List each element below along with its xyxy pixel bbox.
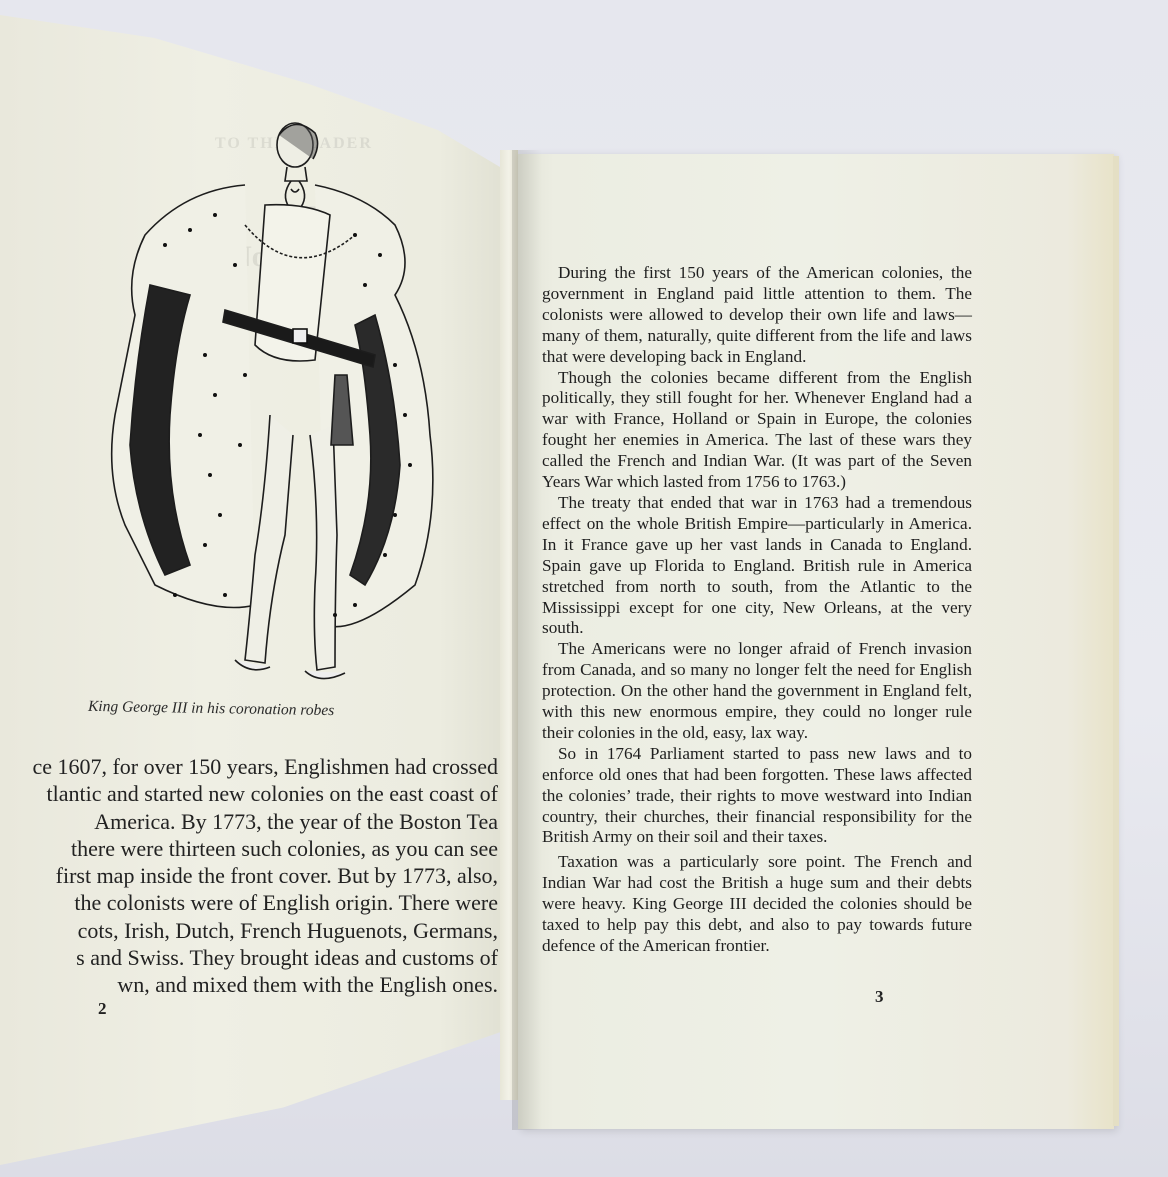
- text-line: wn, and mixed them with the English ones…: [0, 971, 498, 998]
- text-line: the colonists were of English origin. Th…: [0, 889, 498, 916]
- left-page-body: ce 1607, for over 150 years, Englishmen …: [0, 753, 498, 999]
- left-page: TO THE READER Tea No: [0, 15, 515, 1165]
- paragraph: During the first 150 years of the Americ…: [542, 263, 972, 368]
- paragraph: Taxation was a particularly sore point. …: [542, 852, 972, 957]
- gutter-shadow: [512, 150, 542, 1130]
- paragraph: Though the colonies became different fro…: [542, 368, 972, 493]
- text-line: cots, Irish, Dutch, French Huguenots, Ge…: [0, 917, 498, 944]
- text-line: America. By 1773, the year of the Boston…: [0, 808, 498, 835]
- illustration-caption: King George III in his coronation robes: [88, 698, 448, 722]
- text-line: tlantic and started new colonies on the …: [0, 780, 498, 807]
- text-line: there were thirteen such colonies, as yo…: [0, 835, 498, 862]
- right-page-body: During the first 150 years of the Americ…: [542, 263, 972, 957]
- page-number-right: 3: [875, 987, 884, 1007]
- text-line: ce 1607, for over 150 years, Englishmen …: [0, 753, 498, 780]
- right-page: During the first 150 years of the Americ…: [518, 154, 1114, 1129]
- paragraph: The treaty that ended that war in 1763 h…: [542, 493, 972, 639]
- text-line: s and Swiss. They brought ideas and cust…: [0, 944, 498, 971]
- paragraph: The Americans were no longer afraid of F…: [542, 639, 972, 744]
- text-line: first map inside the front cover. But by…: [0, 862, 498, 889]
- page-number-left: 2: [98, 999, 107, 1019]
- paragraph: So in 1764 Parliament started to pass ne…: [542, 744, 972, 849]
- king-george-illustration: [95, 115, 445, 690]
